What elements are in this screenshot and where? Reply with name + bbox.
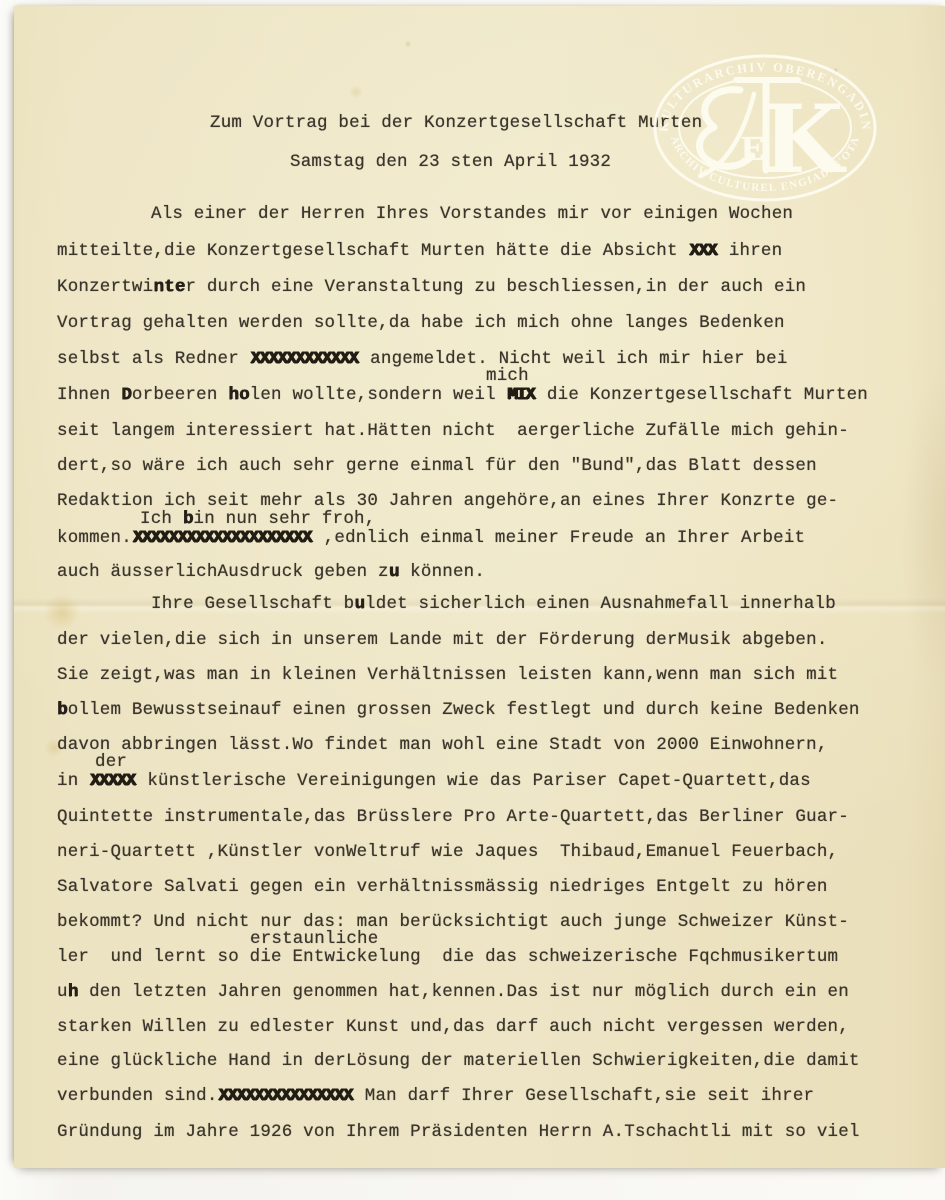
typed-text: bekommt? Und nicht nur das: man berücksi… [57,912,849,932]
typed-text: starken Willen zu edlester Kunst und,das… [57,1017,849,1037]
archive-stamp-icon: KULTURARCHIV OBERENGADIN ARCHIV CULTUREL… [642,44,888,214]
text-line: in XXXXX künstlerische Vereinigungen wie… [57,770,811,792]
typed-text: die Konzertgesellschaft Murten [536,385,868,405]
typed-text: Sie zeigt,was man in kleinen Verhältniss… [57,665,838,685]
text-line: Quintette instrumentale,das Brüsslere Pr… [57,806,849,828]
text-line: Vortrag gehalten werden sollte,da habe i… [57,312,785,334]
typed-text: seit langem interessiert hat.Hätten nich… [57,421,849,441]
typed-text: orbeeren [132,385,228,405]
stamp-monogram-e: E [740,130,764,168]
text-line: mitteilte,die Konzertgesellschaft Murten… [57,240,782,262]
text-line: bollem Bewusstseinauf einen grossen Zwec… [57,699,860,721]
typed-text: Man darf Ihrer Gesellschaft,sie seit ihr… [354,1086,814,1106]
text-line: Salvatore Salvati gegen ein verhältnissm… [57,876,828,898]
typed-text: der [95,752,127,772]
typed-text: Quintette instrumentale,das Brüsslere Pr… [57,807,849,827]
typed-text: ihren [718,241,782,261]
crossed-out-text: XXXXXXXXXXXX [250,349,360,369]
overstruck-text: u [354,594,365,614]
typed-text: auch äusserlichAusdruck geben z [57,562,389,582]
crossed-out-text: XXXXXXXXXXXXXXX [218,1086,355,1106]
typed-text: Gründung im Jahre 1926 von Ihrem Präside… [57,1122,860,1142]
text-line: uh den letzten Jahren genommen hat,kenne… [57,981,849,1003]
overstruck-text: b [183,509,194,529]
typed-text: Zum Vortrag bei der Konzertgesellschaft … [210,113,702,133]
text-line: neri-Quartett ,Künstler vonWeltruf wie J… [57,841,838,863]
stamp-monogram-k: K [762,85,847,195]
typed-text: len wollte,sondern weil [250,385,507,405]
text-line: eine glückliche Hand in derLösung der ma… [57,1050,860,1072]
typed-text: mitteilte,die Konzertgesellschaft Murten… [57,241,688,261]
typed-text: Ihre Gesellschaft b [151,594,354,614]
typed-text: dert,so wäre ich auch sehr gerne einmal … [57,456,817,476]
typed-text: ler und lernt so die Entwickelung die da… [57,947,838,967]
text-line: Ihnen Dorbeeren holen wollte,sondern wei… [57,384,868,406]
typed-text: Konzertwi [57,277,153,297]
typed-text: Salvatore Salvati gegen ein verhältnissm… [57,877,828,897]
text-line: selbst als Redner XXXXXXXXXXXX angemelde… [57,348,788,370]
typed-text: ollem Bewusstseinauf einen grossen Zweck… [68,700,860,720]
typed-text: in nun sehr froh, [194,509,376,529]
crossed-out-text: XXXXXXXXXXXXXXXXXXXX [132,528,313,548]
overstruck-text: h [68,982,79,1002]
overstruck-text: D [121,385,132,405]
typed-text: r durch eine Veranstaltung zu beschliess… [185,277,806,297]
text-line: auch äusserlichAusdruck geben zu können. [57,561,485,583]
typed-text: ,ednlich einmal meiner Freude an Ihrer A… [313,528,805,548]
overstruck-text: ho [228,385,249,405]
typed-text: künstlerische Vereinigungen wie das Pari… [137,771,811,791]
crossed-out-text: MIX [507,385,537,405]
title-line-1: Zum Vortrag bei der Konzertgesellschaft … [210,112,702,134]
text-line: bekommt? Und nicht nur das: man berücksi… [57,911,849,933]
text-line: dert,so wäre ich auch sehr gerne einmal … [57,455,817,477]
text-line: Ihre Gesellschaft buldet sicherlich eine… [151,593,836,615]
typed-text: verbunden sind. [57,1086,218,1106]
overstruck-text: b [57,700,68,720]
text-line: verbunden sind.XXXXXXXXXXXXXXX Man darf … [57,1085,814,1107]
crossed-out-text: XXX [688,241,718,261]
typed-text: der vielen,die sich in unserem Lande mit… [57,630,828,650]
typed-text: kommen. [57,528,132,548]
text-line: der vielen,die sich in unserem Lande mit… [57,629,828,651]
title-line-2: Samstag den 23 sten April 1932 [290,151,611,173]
crossed-out-text: XXXXX [89,771,137,791]
text-line: seit langem interessiert hat.Hätten nich… [57,420,849,442]
typed-text: ldet sicherlich einen Ausnahmefall inner… [365,594,836,614]
text-line: Gründung im Jahre 1926 von Ihrem Präside… [57,1121,860,1143]
overstruck-text: nte [153,277,185,297]
text-line: starken Willen zu edlester Kunst und,das… [57,1016,849,1038]
overstruck-text: u [389,562,400,582]
typed-text: neri-Quartett ,Künstler vonWeltruf wie J… [57,842,838,862]
typed-text: Vortrag gehalten werden sollte,da habe i… [57,313,785,333]
typed-text: davon abbringen lässt.Wo findet man wohl… [57,735,828,755]
typed-text: können. [399,562,485,582]
typed-text: Ihnen [57,385,121,405]
typed-text: den letzten Jahren genommen hat,kennen.D… [78,982,849,1002]
text-line: Sie zeigt,was man in kleinen Verhältniss… [57,664,838,686]
text-line: kommen.XXXXXXXXXXXXXXXXXXXX ,ednlich ein… [57,527,805,549]
typed-text: selbst als Redner [57,349,250,369]
typed-text: in [57,771,89,791]
typed-text: u [57,982,68,1002]
text-line: Konzertwinter durch eine Veranstaltung z… [57,276,806,298]
text-line: davon abbringen lässt.Wo findet man wohl… [57,734,828,756]
scanned-document: Zum Vortrag bei der Konzertgesellschaft … [0,0,945,1200]
typed-text: eine glückliche Hand in derLösung der ma… [57,1051,860,1071]
archive-stamp: KULTURARCHIV OBERENGADIN ARCHIV CULTUREL… [642,44,888,214]
typed-text: Samstag den 23 sten April 1932 [290,152,611,172]
typed-text: mich [486,366,529,386]
typed-text: angemeldet. Nicht weil ich mir hier bei [359,349,787,369]
typed-text: Ich [140,509,183,529]
text-line: ler und lernt so die Entwickelung die da… [57,946,838,968]
